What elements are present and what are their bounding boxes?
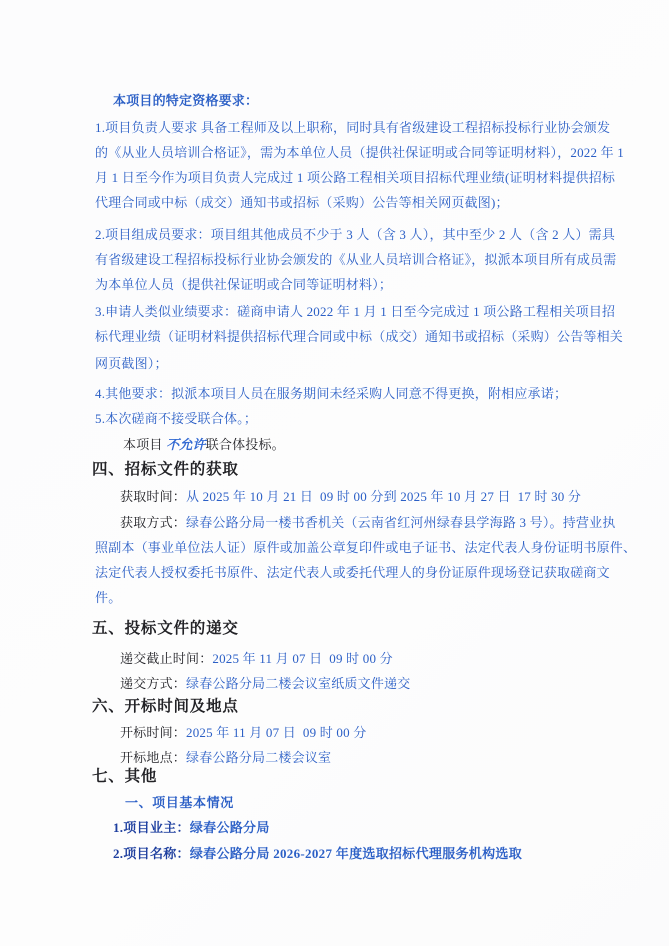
section-5-heading-text: 五、投标文件的递交 — [92, 620, 239, 637]
obtain-time-line-text: 获取时间： — [120, 489, 186, 504]
submission-deadline-line: 递交截止时间：2025 年 11 月 07 日 09 时 00 分 — [92, 646, 613, 671]
section-4-heading: 四、招标文件的获取 — [92, 457, 613, 483]
requirement-2-line-3: 为本单位人员（提供社保证明或合同等证明材料）； — [92, 272, 613, 297]
section-6-heading-text: 六、开标时间及地点 — [92, 698, 239, 715]
qualification-intro-text: 本项目的特定资格要求： — [113, 93, 258, 108]
requirement-3-line-2: 标代理业绩（证明材料提供招标代理合同或中标（成交）通知书或招标（采购）公告等相关 — [92, 324, 613, 349]
requirement-3-line-2-text: 标代理业绩（证明材料提供招标代理合同或中标（成交）通知书或招标（采购）公告等相关 — [95, 329, 623, 344]
consortium-note-text: 联合体投标。 — [206, 437, 285, 452]
obtain-method-line-4-text: 件。 — [95, 590, 121, 605]
section-6-heading: 六、开标时间及地点 — [92, 694, 613, 720]
requirement-1-line-4: 代理合同或中标（成交）通知书或招标（采购）公告等相关网页截图)； — [92, 190, 613, 215]
project-owner-line-text: 绿春公路分局 — [190, 820, 270, 835]
consortium-note: 本项目 不允许联合体投标。 — [92, 432, 613, 457]
subsection-1-heading-text: 一、项目基本情况 — [125, 795, 234, 810]
requirement-1-line-3-text: 月 1 日至今作为项目负责人完成过 1 项公路工程相关项目招标代理业绩(证明材料… — [95, 170, 615, 185]
requirement-1-line-3: 月 1 日至今作为项目负责人完成过 1 项公路工程相关项目招标代理业绩(证明材料… — [92, 165, 613, 190]
project-owner-line-text: 1.项目业主： — [113, 820, 190, 835]
consortium-note-text: 本项目 — [123, 437, 166, 452]
requirement-2-line-1: 2.项目组成员要求：项目组其他成员不少于 3 人（含 3 人），其中至少 2 人… — [92, 222, 613, 247]
opening-time-line-text: 2025 年 11 月 07 日 09 时 00 分 — [186, 725, 366, 740]
requirement-1-line-1-text: 1.项目负责人要求 具备工程师及以上职称，同时具有省级建设工程招标投标行业协会颁… — [95, 120, 610, 135]
obtain-time-line-text: 从 2025 年 10 月 21 日 09 时 00 分到 2025 年 10 … — [186, 489, 581, 504]
consortium-note-text: 不允许 — [166, 437, 206, 452]
requirement-3-line-1: 3.申请人类似业绩要求：磋商申请人 2022 年 1 月 1 日至今完成过 1 … — [92, 299, 613, 324]
requirement-5-text: 5.本次磋商不接受联合体。； — [95, 411, 257, 426]
obtain-method-line-1-text: 绿春公路分局一楼书香机关（云南省红河州绿春县学海路 3 号）。持营业执 — [186, 515, 616, 530]
project-owner-line: 1.项目业主：绿春公路分局 — [92, 815, 613, 840]
opening-time-line-text: 开标时间： — [120, 725, 186, 740]
obtain-method-line-1: 获取方式：绿春公路分局一楼书香机关（云南省红河州绿春县学海路 3 号）。持营业执 — [92, 510, 613, 535]
requirement-3-line-3-text: 网页截图）； — [95, 356, 168, 371]
obtain-method-line-2-text: 照副本（事业单位法人证）原件或加盖公章复印件或电子证书、法定代表人身份证明书原件… — [95, 540, 636, 555]
section-4-heading-text: 四、招标文件的获取 — [92, 461, 239, 478]
requirement-4: 4.其他要求：拟派本项目人员在服务期间未经采购人同意不得更换，附相应承诺； — [92, 381, 613, 406]
project-name-line-text: 2.项目名称： — [113, 846, 190, 861]
document-content: 本项目的特定资格要求：1.项目负责人要求 具备工程师及以上职称，同时具有省级建设… — [92, 88, 613, 866]
submission-method-line: 递交方式：绿春公路分局二楼会议室纸质文件递交 — [92, 671, 613, 696]
submission-method-line-text: 绿春公路分局二楼会议室纸质文件递交 — [186, 676, 410, 691]
requirement-1-line-2: 的《从业人员培训合格证》，需为本单位人员（提供社保证明或合同等证明材料），202… — [92, 140, 613, 165]
requirement-1-line-4-text: 代理合同或中标（成交）通知书或招标（采购）公告等相关网页截图)； — [95, 195, 509, 210]
section-5-heading: 五、投标文件的递交 — [92, 616, 613, 642]
scanned-document-page: 本项目的特定资格要求：1.项目负责人要求 具备工程师及以上职称，同时具有省级建设… — [0, 0, 669, 946]
requirement-2-line-2-text: 有省级建设工程招标投标行业协会颁发的《从业人员培训合格证》，拟派本项目所有成员需 — [95, 252, 617, 267]
requirement-1-line-2-text: 的《从业人员培训合格证》，需为本单位人员（提供社保证明或合同等证明材料），202… — [95, 145, 624, 160]
opening-place-line-text: 开标地点： — [120, 750, 186, 765]
qualification-intro: 本项目的特定资格要求： — [92, 88, 613, 113]
project-name-line-text: 绿春公路分局 2026-2027 年度选取招标代理服务机构选取 — [190, 846, 522, 861]
project-name-line: 2.项目名称：绿春公路分局 2026-2027 年度选取招标代理服务机构选取 — [92, 841, 613, 866]
submission-deadline-line-text: 递交截止时间： — [120, 651, 212, 666]
requirement-5: 5.本次磋商不接受联合体。； — [92, 406, 613, 431]
section-7-heading-text: 七、其他 — [92, 768, 157, 785]
submission-deadline-line-text: 2025 年 11 月 07 日 09 时 00 分 — [212, 651, 392, 666]
requirement-4-text: 4.其他要求：拟派本项目人员在服务期间未经采购人同意不得更换，附相应承诺； — [95, 386, 567, 401]
requirement-2-line-3-text: 为本单位人员（提供社保证明或合同等证明材料）； — [95, 277, 392, 292]
obtain-method-line-3-text: 法定代表人授权委托书原件、法定代表人或委托代理人的身份证原件现场登记获取磋商文 — [95, 565, 610, 580]
obtain-method-line-3: 法定代表人授权委托书原件、法定代表人或委托代理人的身份证原件现场登记获取磋商文 — [92, 560, 613, 585]
requirement-3-line-1-text: 3.申请人类似业绩要求：磋商申请人 2022 年 1 月 1 日至今完成过 1 … — [95, 304, 615, 319]
obtain-time-line: 获取时间：从 2025 年 10 月 21 日 09 时 00 分到 2025 … — [92, 484, 613, 509]
requirement-1-line-1: 1.项目负责人要求 具备工程师及以上职称，同时具有省级建设工程招标投标行业协会颁… — [92, 115, 613, 140]
obtain-method-line-1-text: 获取方式： — [120, 515, 186, 530]
requirement-3-line-3: 网页截图）； — [92, 351, 613, 376]
requirement-2-line-1-text: 2.项目组成员要求：项目组其他成员不少于 3 人（含 3 人），其中至少 2 人… — [95, 227, 615, 242]
opening-time-line: 开标时间：2025 年 11 月 07 日 09 时 00 分 — [92, 720, 613, 745]
submission-method-line-text: 递交方式： — [120, 676, 186, 691]
obtain-method-line-4: 件。 — [92, 585, 613, 610]
opening-place-line-text: 绿春公路分局二楼会议室 — [186, 750, 331, 765]
subsection-1-heading: 一、项目基本情况 — [92, 790, 613, 815]
requirement-2-line-2: 有省级建设工程招标投标行业协会颁发的《从业人员培训合格证》，拟派本项目所有成员需 — [92, 247, 613, 272]
obtain-method-line-2: 照副本（事业单位法人证）原件或加盖公章复印件或电子证书、法定代表人身份证明书原件… — [92, 535, 613, 560]
